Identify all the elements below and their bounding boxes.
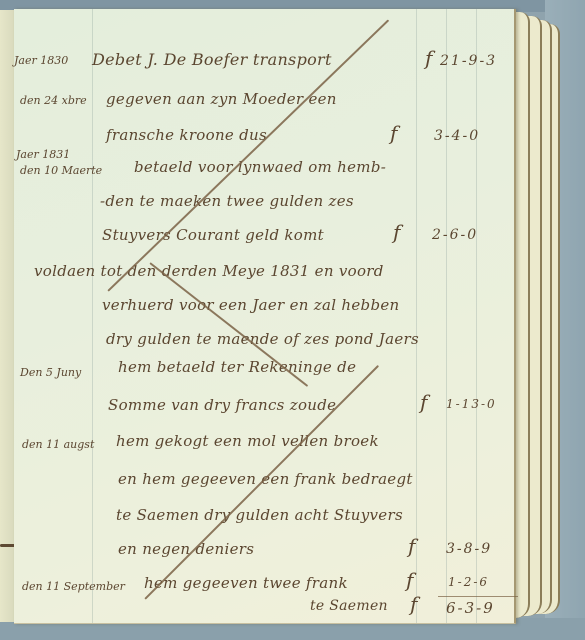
- entry-text: Somme van dry francs zoude: [108, 396, 336, 414]
- entry-text: hem gekogt een mol vellen broek: [116, 432, 379, 450]
- entry-text: fransche kroone dus: [106, 126, 267, 144]
- entry-text: -den te maeken twee gulden zes: [100, 192, 354, 210]
- entry-amount: 3-4-0: [434, 128, 480, 144]
- florin-sign: f: [410, 592, 418, 616]
- florin-sign: f: [393, 220, 401, 244]
- entry-amount: 1-13-0: [446, 397, 497, 411]
- entry-text: te Saemen dry gulden acht Stuyvers: [116, 506, 403, 524]
- entry-text: hem gegeeven twee frank: [144, 574, 348, 592]
- entry-text: hem betaeld ter Rekeninge de: [118, 358, 356, 376]
- entry-text: verhuerd voor een Jaer en zal hebben: [102, 296, 399, 314]
- entry-date: den 24 xbre: [20, 94, 87, 107]
- entry-amount: 3-8-9: [446, 541, 492, 557]
- entry-date: Den 5 Juny: [20, 366, 81, 379]
- entry-date: Jaer 1830: [14, 54, 68, 67]
- total-rule: [438, 596, 518, 597]
- facing-page-edge: [0, 10, 15, 622]
- entry-text: voldaen tot den derden Meye 1831 en voor…: [34, 262, 384, 280]
- entry-text: dry gulden te maende of zes pond Jaers: [106, 330, 419, 348]
- entry-amount: 1-2-6: [448, 575, 489, 589]
- florin-sign: f: [390, 121, 398, 145]
- column-rule: [476, 9, 477, 623]
- florin-sign: f: [420, 390, 428, 414]
- column-rule: [416, 9, 417, 623]
- entry-text: betaeld voor lynwaed om hemb-: [134, 158, 386, 176]
- entry-date: den 11 September: [22, 580, 125, 593]
- entry-text: Debet J. De Boefer transport: [92, 50, 332, 69]
- column-rule: [446, 9, 447, 623]
- entry-text: Stuyvers Courant geld komt: [102, 226, 324, 244]
- entry-date: den 10 Maerte: [20, 164, 102, 177]
- entry-amount: 2-6-0: [432, 227, 478, 243]
- entry-date: Jaer 1831: [16, 148, 70, 161]
- florin-sign: f: [425, 46, 433, 70]
- entry-text: gegeven aan zyn Moeder een: [106, 90, 337, 108]
- margin-rule: [92, 9, 93, 623]
- entry-date: den 11 augst: [22, 438, 94, 451]
- entry-amount: 21-9-3: [440, 53, 497, 69]
- total-amount: 6-3-9: [446, 599, 495, 617]
- total-label: te Saemen: [310, 598, 388, 614]
- florin-sign: f: [406, 568, 414, 592]
- florin-sign: f: [408, 534, 416, 558]
